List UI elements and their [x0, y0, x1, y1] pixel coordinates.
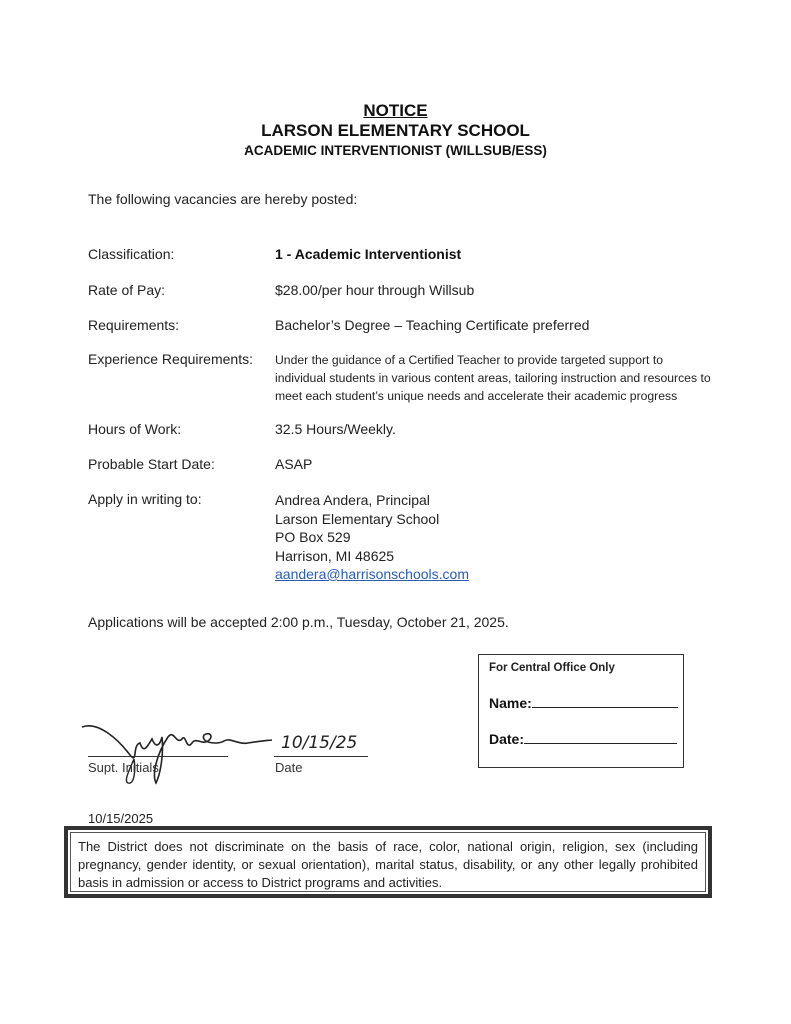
apply-label: Apply in writing to: [88, 491, 202, 507]
initials-label: Supt. Initials [88, 760, 159, 775]
notice-heading: NOTICE [0, 101, 791, 121]
requirements-value: Bachelor’s Degree – Teaching Certificate… [275, 317, 589, 333]
address-line: PO Box 529 [275, 528, 469, 547]
experience-line: Under the guidance of a Certified Teache… [275, 351, 715, 369]
office-box-title: For Central Office Only [489, 662, 615, 674]
position-title: : ACADEMIC INTERVENTIONIST (WILLSUB/ESS) [0, 143, 791, 158]
office-name-field: Name: [489, 695, 678, 711]
experience-line: individual students in various content a… [275, 369, 715, 387]
date-blank-line [524, 743, 677, 744]
posted-date: 10/15/2025 [88, 811, 153, 826]
name-blank-line [532, 707, 678, 708]
position-prefix: : [244, 143, 248, 158]
email-link[interactable]: aandera@harrisonschools.com [275, 566, 469, 582]
disclaimer-text: The District does not discriminate on th… [78, 838, 698, 892]
classification-label: Classification: [88, 246, 174, 262]
address-line: Andrea Andera, Principal [275, 491, 469, 510]
address-line: Harrison, MI 48625 [275, 547, 469, 566]
initials-line [88, 756, 228, 757]
non-discrimination-notice: The District does not discriminate on th… [64, 826, 712, 898]
office-date-field: Date: [489, 731, 677, 747]
date-line [274, 756, 368, 757]
classification-value: 1 - Academic Interventionist [275, 246, 461, 262]
handwritten-date: 10/15/25 [281, 733, 357, 753]
apply-address: Andrea Andera, Principal Larson Elementa… [275, 491, 469, 584]
experience-label: Experience Requirements: [88, 351, 253, 367]
address-line: Larson Elementary School [275, 510, 469, 529]
requirements-label: Requirements: [88, 317, 179, 333]
intro-text: The following vacancies are hereby poste… [88, 191, 357, 207]
experience-line: meet each student’s unique needs and acc… [275, 387, 715, 405]
start-date-label: Probable Start Date: [88, 456, 215, 472]
start-date-value: ASAP [275, 456, 312, 472]
hours-label: Hours of Work: [88, 421, 181, 437]
hours-value: 32.5 Hours/Weekly. [275, 421, 396, 437]
position-text: ACADEMIC INTERVENTIONIST (WILLSUB/ESS) [244, 143, 547, 158]
deadline-text: Applications will be accepted 2:00 p.m.,… [88, 614, 509, 630]
date-label: Date [275, 760, 302, 775]
central-office-box: For Central Office Only Name: Date: [478, 654, 684, 768]
school-name: LARSON ELEMENTARY SCHOOL [0, 121, 791, 141]
experience-value: Under the guidance of a Certified Teache… [275, 351, 715, 405]
rate-label: Rate of Pay: [88, 282, 165, 298]
rate-value: $28.00/per hour through Willsub [275, 282, 474, 298]
